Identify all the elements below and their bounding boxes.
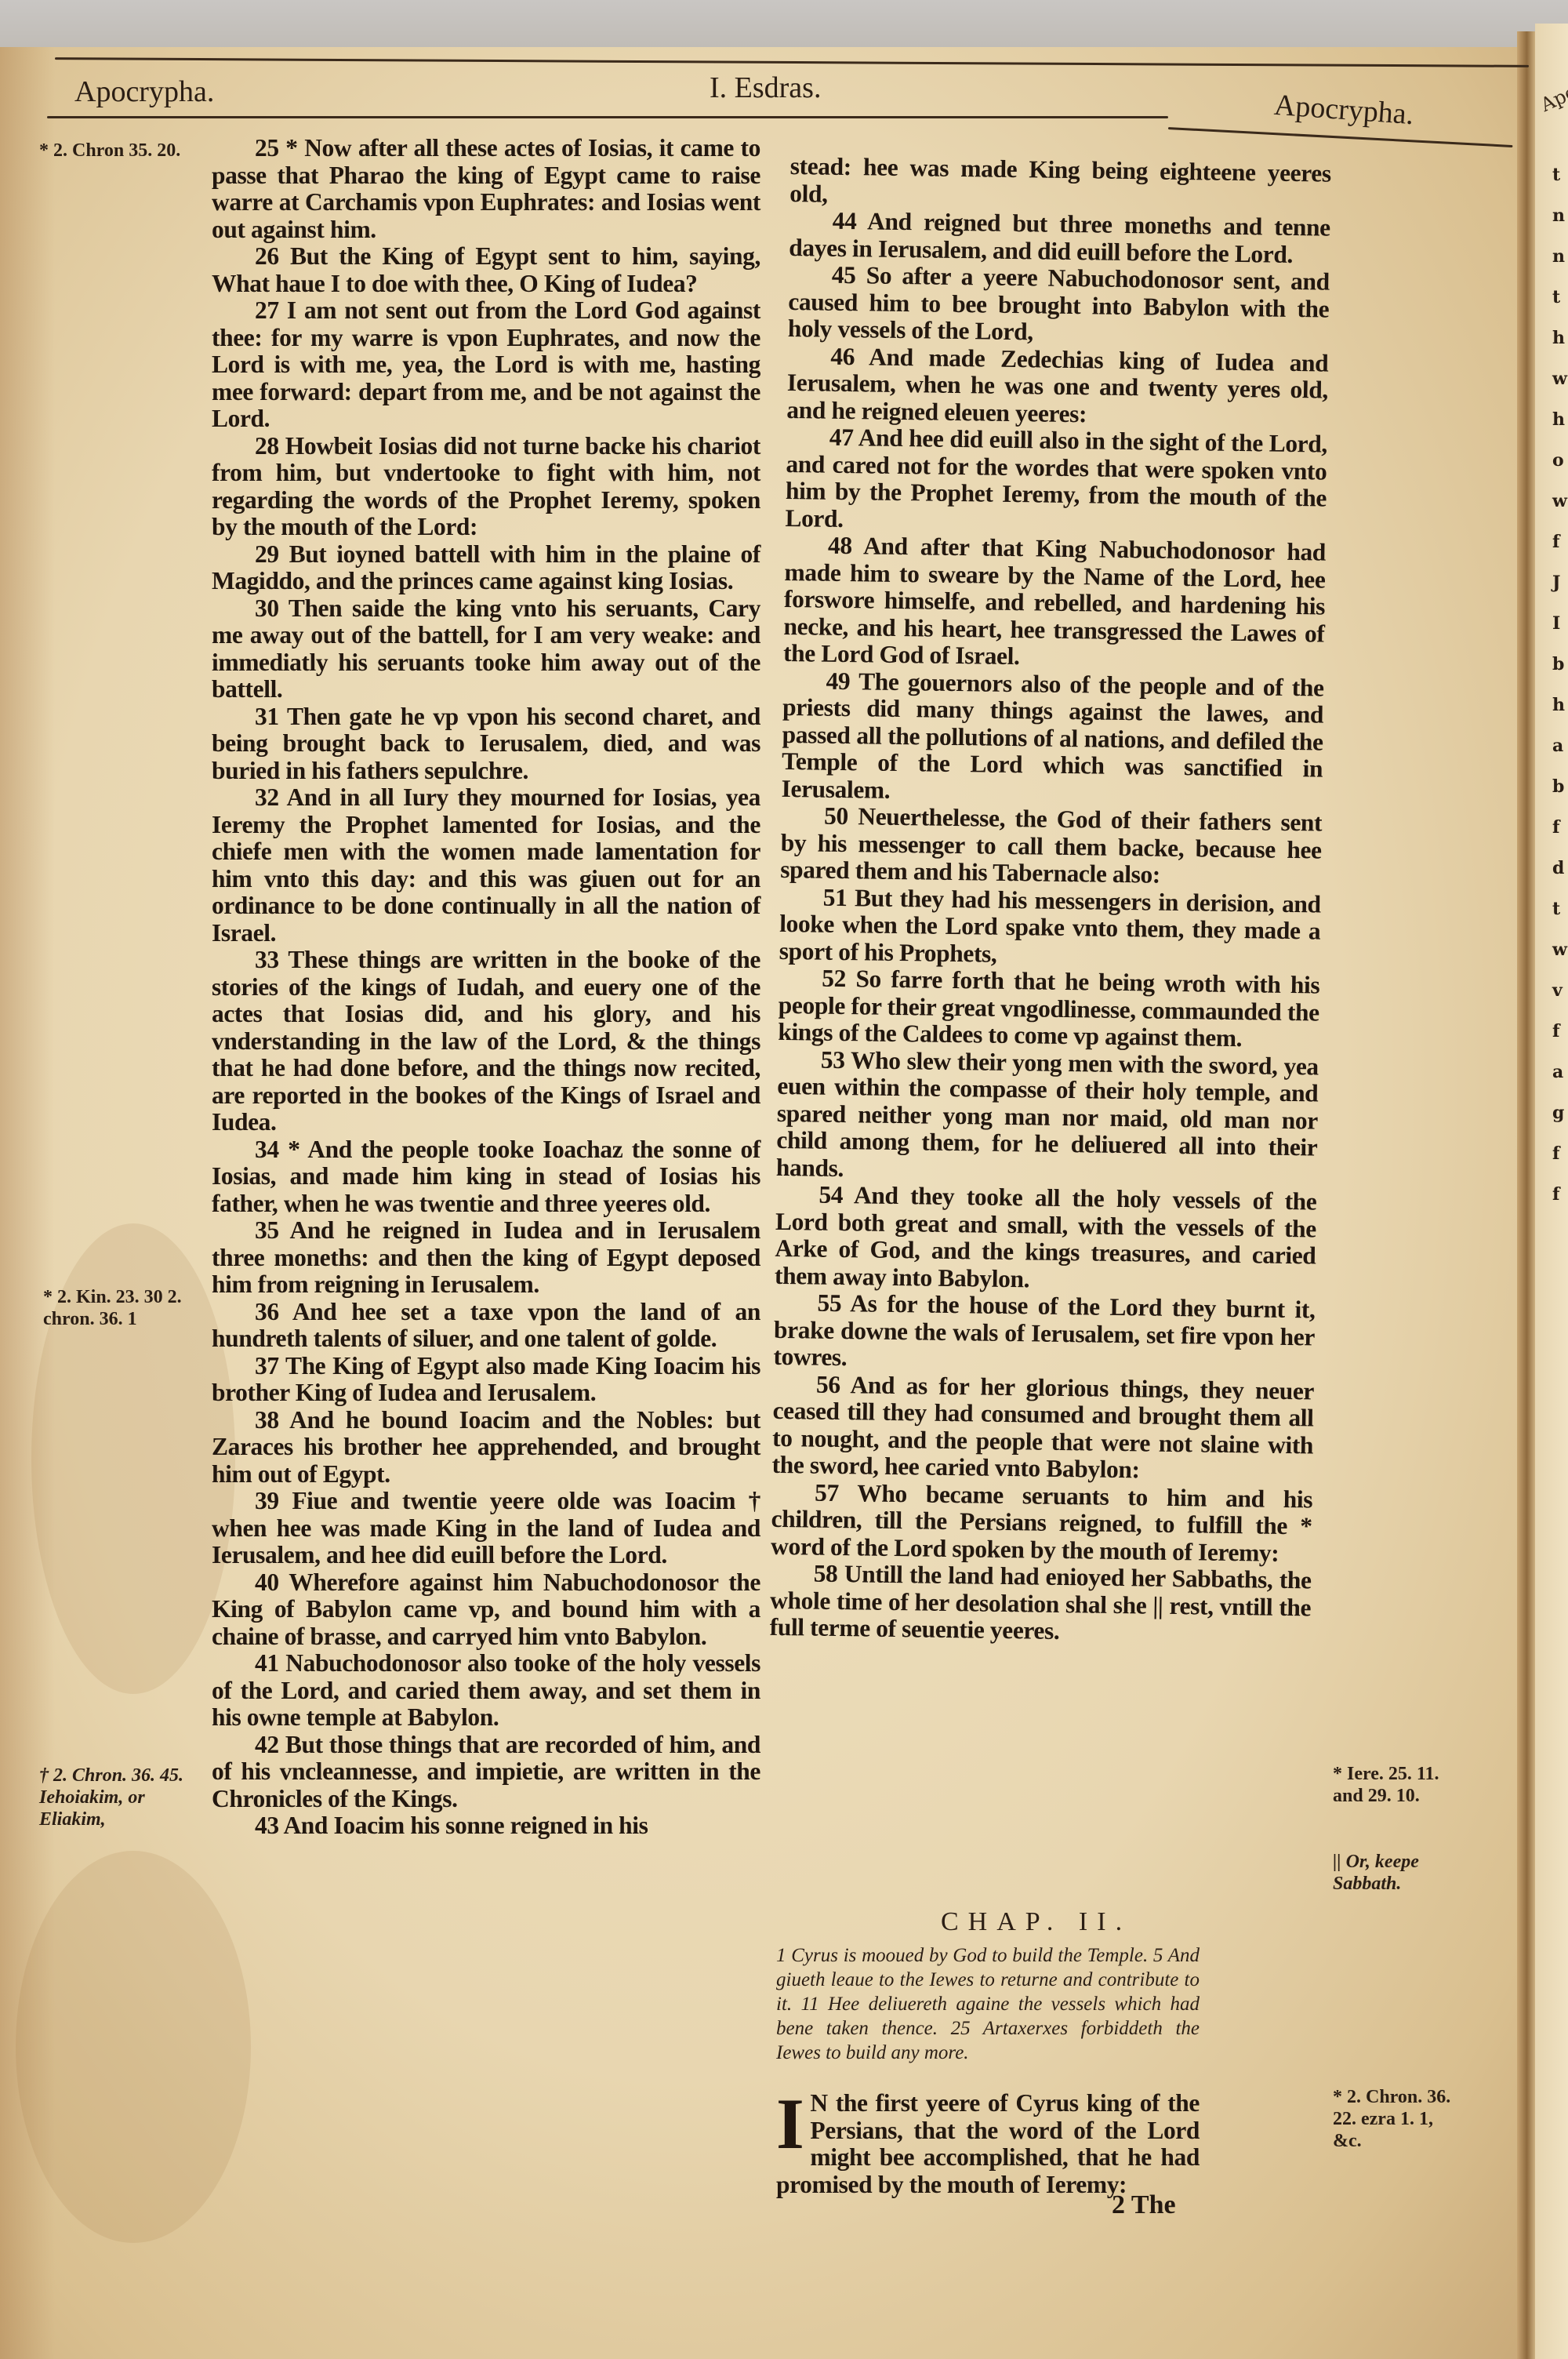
facing-page-line: w — [1552, 491, 1567, 511]
facing-page-line: J — [1552, 572, 1560, 593]
verse-text: And Ioacim his sonne reigned in his — [283, 1812, 648, 1839]
verse-number: 29 — [255, 540, 279, 568]
book-gutter — [1517, 31, 1537, 2359]
verse-text: Fiue and twentie yeere olde was Ioacim †… — [212, 1487, 760, 1568]
verse-number: 37 — [255, 1352, 279, 1379]
verse-number: 36 — [255, 1298, 279, 1325]
verse-number: 41 — [255, 1649, 279, 1677]
verse-text: But those things that are recorded of hi… — [212, 1731, 760, 1812]
page-stain — [16, 1851, 251, 2243]
verse: 34 * And the people tooke Ioachaz the so… — [212, 1136, 760, 1218]
verse-text: And they tooke all the holy vessels of t… — [775, 1181, 1317, 1292]
verse-text: And made Zedechias king of Iudea and Ier… — [786, 343, 1328, 427]
facing-page-line: a — [1552, 1062, 1563, 1082]
verse: 52 So farre forth that he being wroth wi… — [778, 965, 1319, 1053]
verse: 42 But those things that are recorded of… — [212, 1732, 760, 1813]
verse: 40 Wherefore against him Nabuchodonosor … — [212, 1569, 760, 1651]
verse-number: 38 — [255, 1406, 279, 1434]
verse-number: 32 — [255, 783, 279, 811]
verse-number: 42 — [255, 1731, 279, 1758]
verse-text: But ioyned battell with him in the plain… — [212, 540, 760, 595]
verse-number: 26 — [255, 242, 279, 270]
verse-number: 27 — [255, 296, 279, 324]
verse-number: 58 — [813, 1560, 837, 1587]
facing-page-line: f — [1552, 1184, 1559, 1205]
verse-number: 31 — [255, 703, 279, 730]
verse-number: 45 — [832, 261, 856, 289]
verse: 28 Howbeit Iosias did not turne backe hi… — [212, 433, 760, 541]
verse: 46 And made Zedechias king of Iudea and … — [786, 342, 1328, 431]
verse: 58 Untill the land had enioyed her Sabba… — [770, 1560, 1312, 1648]
drop-cap: I — [776, 2093, 804, 2154]
verse: 49 The gouernors also of the people and … — [781, 667, 1323, 809]
verse: 30 Then saide the king vnto his seruants… — [212, 595, 760, 703]
chapter-heading: CHAP. II. — [941, 1907, 1131, 1937]
verse: 51 But they had his messengers in derisi… — [779, 883, 1321, 972]
verse-text: Neuerthelesse, the God of their fathers … — [780, 802, 1322, 888]
verse-number: 30 — [255, 594, 279, 622]
verse: 32 And in all Iury they mourned for Iosi… — [212, 784, 760, 947]
verse-number: 40 — [255, 1568, 279, 1596]
facing-page-header: Apocryp — [1537, 63, 1568, 116]
verse: 45 So after a yeere Nabuchodonosor sent,… — [788, 261, 1330, 350]
verse-text: So after a yeere Nabuchodonosor sent, an… — [788, 261, 1330, 345]
verse-number: 33 — [255, 946, 279, 973]
facing-page-line: t — [1552, 899, 1560, 919]
verse: 35 And he reigned in Iudea and in Ierusa… — [212, 1217, 760, 1299]
verse-number: 54 — [818, 1181, 843, 1209]
facing-page-line: n — [1552, 246, 1565, 267]
verse-text: And in all Iury they mourned for Iosias,… — [212, 783, 760, 947]
verse-text: I am not sent out from the Lord God agai… — [212, 296, 760, 432]
verse-number: 39 — [255, 1487, 279, 1514]
verse: 29 But ioyned battell with him in the pl… — [212, 541, 760, 595]
margin-note: * 2. Chron 35. 20. — [39, 140, 196, 162]
facing-page-line: h — [1552, 409, 1565, 430]
verse: 38 And he bound Ioacim and the Nobles: b… — [212, 1407, 760, 1488]
verse-text: But the King of Egypt sent to him, sayin… — [212, 242, 760, 297]
verse-number: 46 — [830, 342, 855, 369]
verse-number: 55 — [817, 1289, 841, 1317]
verse: 55 As for the house of the Lord they bur… — [773, 1289, 1315, 1378]
verse-text: * Now after all these actes of Iosias, i… — [212, 134, 760, 243]
verse: 37 The King of Egypt also made King Ioac… — [212, 1353, 760, 1407]
verse-number: 57 — [815, 1478, 839, 1506]
facing-page-line: v — [1552, 980, 1563, 1001]
facing-page-line: I — [1552, 613, 1560, 634]
verse: 39 Fiue and twentie yeere olde was Ioaci… — [212, 1488, 760, 1569]
verse-number: 44 — [833, 207, 857, 234]
verse-text: And he bound Ioacim and the Nobles: but … — [212, 1406, 760, 1488]
verse-text: These things are written in the booke of… — [212, 946, 760, 1136]
verse: 26 But the King of Egypt sent to him, sa… — [212, 243, 760, 297]
facing-page-line: g — [1552, 1103, 1564, 1123]
verse: 44 And reigned but three moneths and ten… — [789, 207, 1330, 269]
facing-page-line: f — [1552, 817, 1559, 838]
verse-text: And he reigned in Iudea and in Ierusalem… — [212, 1216, 760, 1298]
verse-text: Who became seruants to him and his child… — [771, 1479, 1312, 1567]
header-bottom-rule — [47, 116, 1168, 118]
verse-text: As for the house of the Lord they burnt … — [773, 1289, 1315, 1371]
facing-page-line: d — [1552, 858, 1564, 878]
verse-text: But they had his messengers in derision,… — [779, 884, 1321, 968]
verse-text: * And the people tooke Ioachaz the sonne… — [212, 1136, 760, 1217]
verse: 47 And hee did euill also in the sight o… — [785, 423, 1327, 540]
facing-page-line: a — [1552, 736, 1563, 756]
verse-text: And after that King Nabuchodonosor had m… — [783, 532, 1326, 670]
verse-number: 51 — [823, 883, 848, 911]
verse-number: 34 — [255, 1136, 279, 1163]
facing-page-line: n — [1552, 205, 1565, 226]
verse-text: Then saide the king vnto his seruants, C… — [212, 594, 760, 703]
facing-page-line: h — [1552, 695, 1565, 715]
verse-text: The gouernors also of the people and of … — [781, 667, 1323, 804]
facing-page-line: b — [1552, 776, 1564, 797]
margin-note: * 2. Kin. 23. 30 2. chron. 36. 1 — [43, 1286, 192, 1330]
verse-text: stead: hee was made King being eighteene… — [789, 152, 1331, 207]
verse: 54 And they tooke all the holy vessels o… — [775, 1181, 1317, 1297]
verse-number: 56 — [816, 1370, 840, 1398]
verse: 43 And Ioacim his sonne reigned in his — [212, 1812, 760, 1840]
margin-note: || Or, keepe Sabbath. — [1333, 1851, 1466, 1895]
verse-number: 53 — [821, 1045, 845, 1073]
verse-number: 52 — [822, 965, 846, 992]
verse: 57 Who became seruants to him and his ch… — [771, 1478, 1312, 1567]
verse-text: And reigned but three moneths and tenne … — [789, 207, 1330, 267]
verse-text: And hee did euill also in the sight of t… — [785, 423, 1327, 532]
verse-number: 35 — [255, 1216, 279, 1244]
margin-note: † 2. Chron. 36. 45. Iehoiakim, or Eliaki… — [39, 1765, 188, 1830]
verse-number: 28 — [255, 432, 279, 460]
verse: stead: hee was made King being eighteene… — [789, 153, 1331, 215]
verse-text: Who slew their yong men with the sword, … — [776, 1046, 1319, 1182]
facing-page-line: w — [1552, 369, 1567, 389]
text-column-left: 25 * Now after all these actes of Iosias… — [212, 135, 760, 1840]
verse-text: Wherefore against him Nabuchodonosor the… — [212, 1568, 760, 1650]
facing-page-line: h — [1552, 328, 1565, 348]
text-column-right: stead: hee was made King being eighteene… — [770, 153, 1331, 1648]
verse-text: Nabuchodonosor also tooke of the holy ve… — [212, 1649, 760, 1731]
catchword: 2 The — [1112, 2190, 1176, 2220]
verse-text: And as for her glorious things, they neu… — [771, 1371, 1314, 1484]
running-head-center: I. Esdras. — [710, 71, 821, 105]
facing-page-line: f — [1552, 1021, 1559, 1041]
verse: 31 Then gate he vp vpon his second chare… — [212, 703, 760, 785]
verse-text: Untill the land had enioyed her Sabbaths… — [770, 1560, 1312, 1645]
running-head-left: Apocrypha. — [74, 75, 214, 109]
verse-number: 48 — [828, 532, 852, 559]
verse-text: Howbeit Iosias did not turne backe his c… — [212, 432, 760, 541]
verse-number: 43 — [255, 1812, 279, 1839]
verse-number: 50 — [824, 802, 848, 830]
verse: 50 Neuerthelesse, the God of their fathe… — [780, 802, 1322, 891]
chapter-opening: IN the first yeere of Cyrus king of the … — [776, 2090, 1200, 2198]
facing-page-line: f — [1552, 1143, 1559, 1164]
verse-number: 25 — [255, 134, 279, 162]
verse: 33 These things are written in the booke… — [212, 947, 760, 1136]
verse: 56 And as for her glorious things, they … — [771, 1370, 1314, 1486]
facing-page-line: t — [1552, 287, 1560, 307]
chapter-summary: 1 Cyrus is mooued by God to build the Te… — [776, 1943, 1200, 2065]
margin-note: * 2. Chron. 36. 22. ezra 1. 1, &c. — [1333, 2086, 1466, 2152]
verse-number: 47 — [829, 423, 854, 451]
verse-text: So farre forth that he being wroth with … — [778, 965, 1319, 1052]
verse: 36 And hee set a taxe vpon the land of a… — [212, 1299, 760, 1353]
verse-text: And hee set a taxe vpon the land of an h… — [212, 1298, 760, 1353]
verse-text: The King of Egypt also made King Ioacim … — [212, 1352, 760, 1407]
verse: 27 I am not sent out from the Lord God a… — [212, 297, 760, 433]
facing-page-edge: Apocryp tnnthwhowfJIbhabfdtwvfagff — [1535, 24, 1568, 2359]
facing-page-line: b — [1552, 654, 1564, 674]
verse: 41 Nabuchodonosor also tooke of the holy… — [212, 1650, 760, 1732]
verse: 25 * Now after all these actes of Iosias… — [212, 135, 760, 243]
facing-page-line: w — [1552, 940, 1567, 960]
verse: 53 Who slew their yong men with the swor… — [776, 1045, 1319, 1188]
verse: 48 And after that King Nabuchodonosor ha… — [783, 532, 1326, 674]
facing-page-line: t — [1552, 165, 1560, 185]
facing-page-line: o — [1552, 450, 1564, 471]
chapter-opening-text: N the first yeere of Cyrus king of the P… — [776, 2089, 1200, 2198]
verse-number: 49 — [826, 667, 850, 694]
margin-note: * Iere. 25. 11. and 29. 10. — [1333, 1763, 1466, 1807]
verse-text: Then gate he vp vpon his second charet, … — [212, 703, 760, 784]
facing-page-line: f — [1552, 532, 1559, 552]
